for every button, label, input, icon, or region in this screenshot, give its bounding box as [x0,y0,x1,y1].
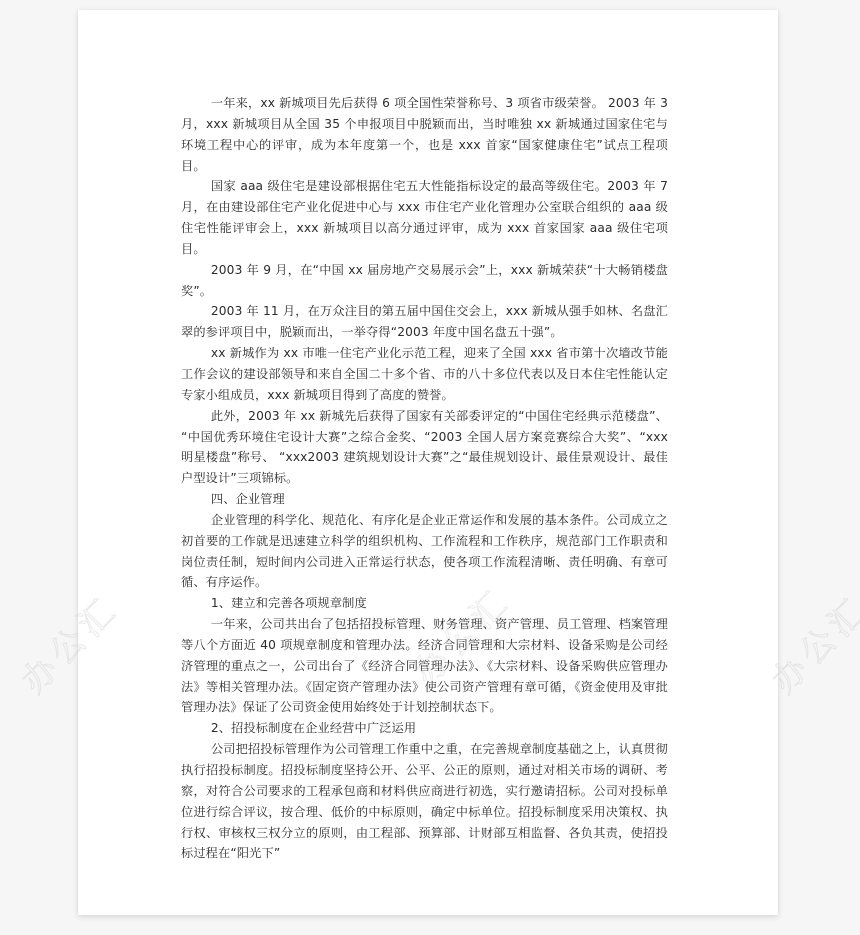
paragraph-other-awards: 此外，2003 年 xx 新城先后获得了国家有关部委评定的“中国住宅经典示范楼盘… [181,406,668,489]
section-heading-management: 四、企业管理 [181,489,668,510]
paragraph-nov-award: 2003 年 11 月，在万众注目的第五届中国住交会上，xxx 新城从强手如林、… [181,301,668,343]
document-page: 一年来，xx 新城项目先后获得 6 项全国性荣誉称号、3 项省市级荣誉。 200… [78,10,778,915]
paragraph-demo-project: xx 新城作为 xx 市唯一住宅产业化示范工程，迎来了全国 xxx 省市第十次墙… [181,343,668,406]
paragraph-aaa-housing: 国家 aaa 级住宅是建设部根据住宅五大性能指标设定的最高等级住宅。2003 年… [181,176,668,259]
paragraph-sept-award: 2003 年 9 月，在“中国 xx 届房地产交易展示会”上，xxx 新城荣获“… [181,260,668,302]
subheading-regulations: 1、建立和完善各项规章制度 [181,593,668,614]
document-body: 一年来，xx 新城项目先后获得 6 项全国性荣誉称号、3 项省市级荣誉。 200… [181,93,668,864]
paragraph-bidding: 公司把招投标管理作为公司管理工作重中之重，在完善规章制度基础之上，认真贯彻执行招… [181,739,668,864]
paragraph-regulations: 一年来，公司共出台了包括招投标管理、财务管理、资产管理、员工管理、档案管理等八个… [181,614,668,718]
paragraph-honors-intro: 一年来，xx 新城项目先后获得 6 项全国性荣誉称号、3 项省市级荣誉。 200… [181,93,668,176]
subheading-bidding: 2、招投标制度在企业经营中广泛运用 [181,718,668,739]
paragraph-management-intro: 企业管理的科学化、规范化、有序化是企业正常运作和发展的基本条件。公司成立之初首要… [181,510,668,593]
